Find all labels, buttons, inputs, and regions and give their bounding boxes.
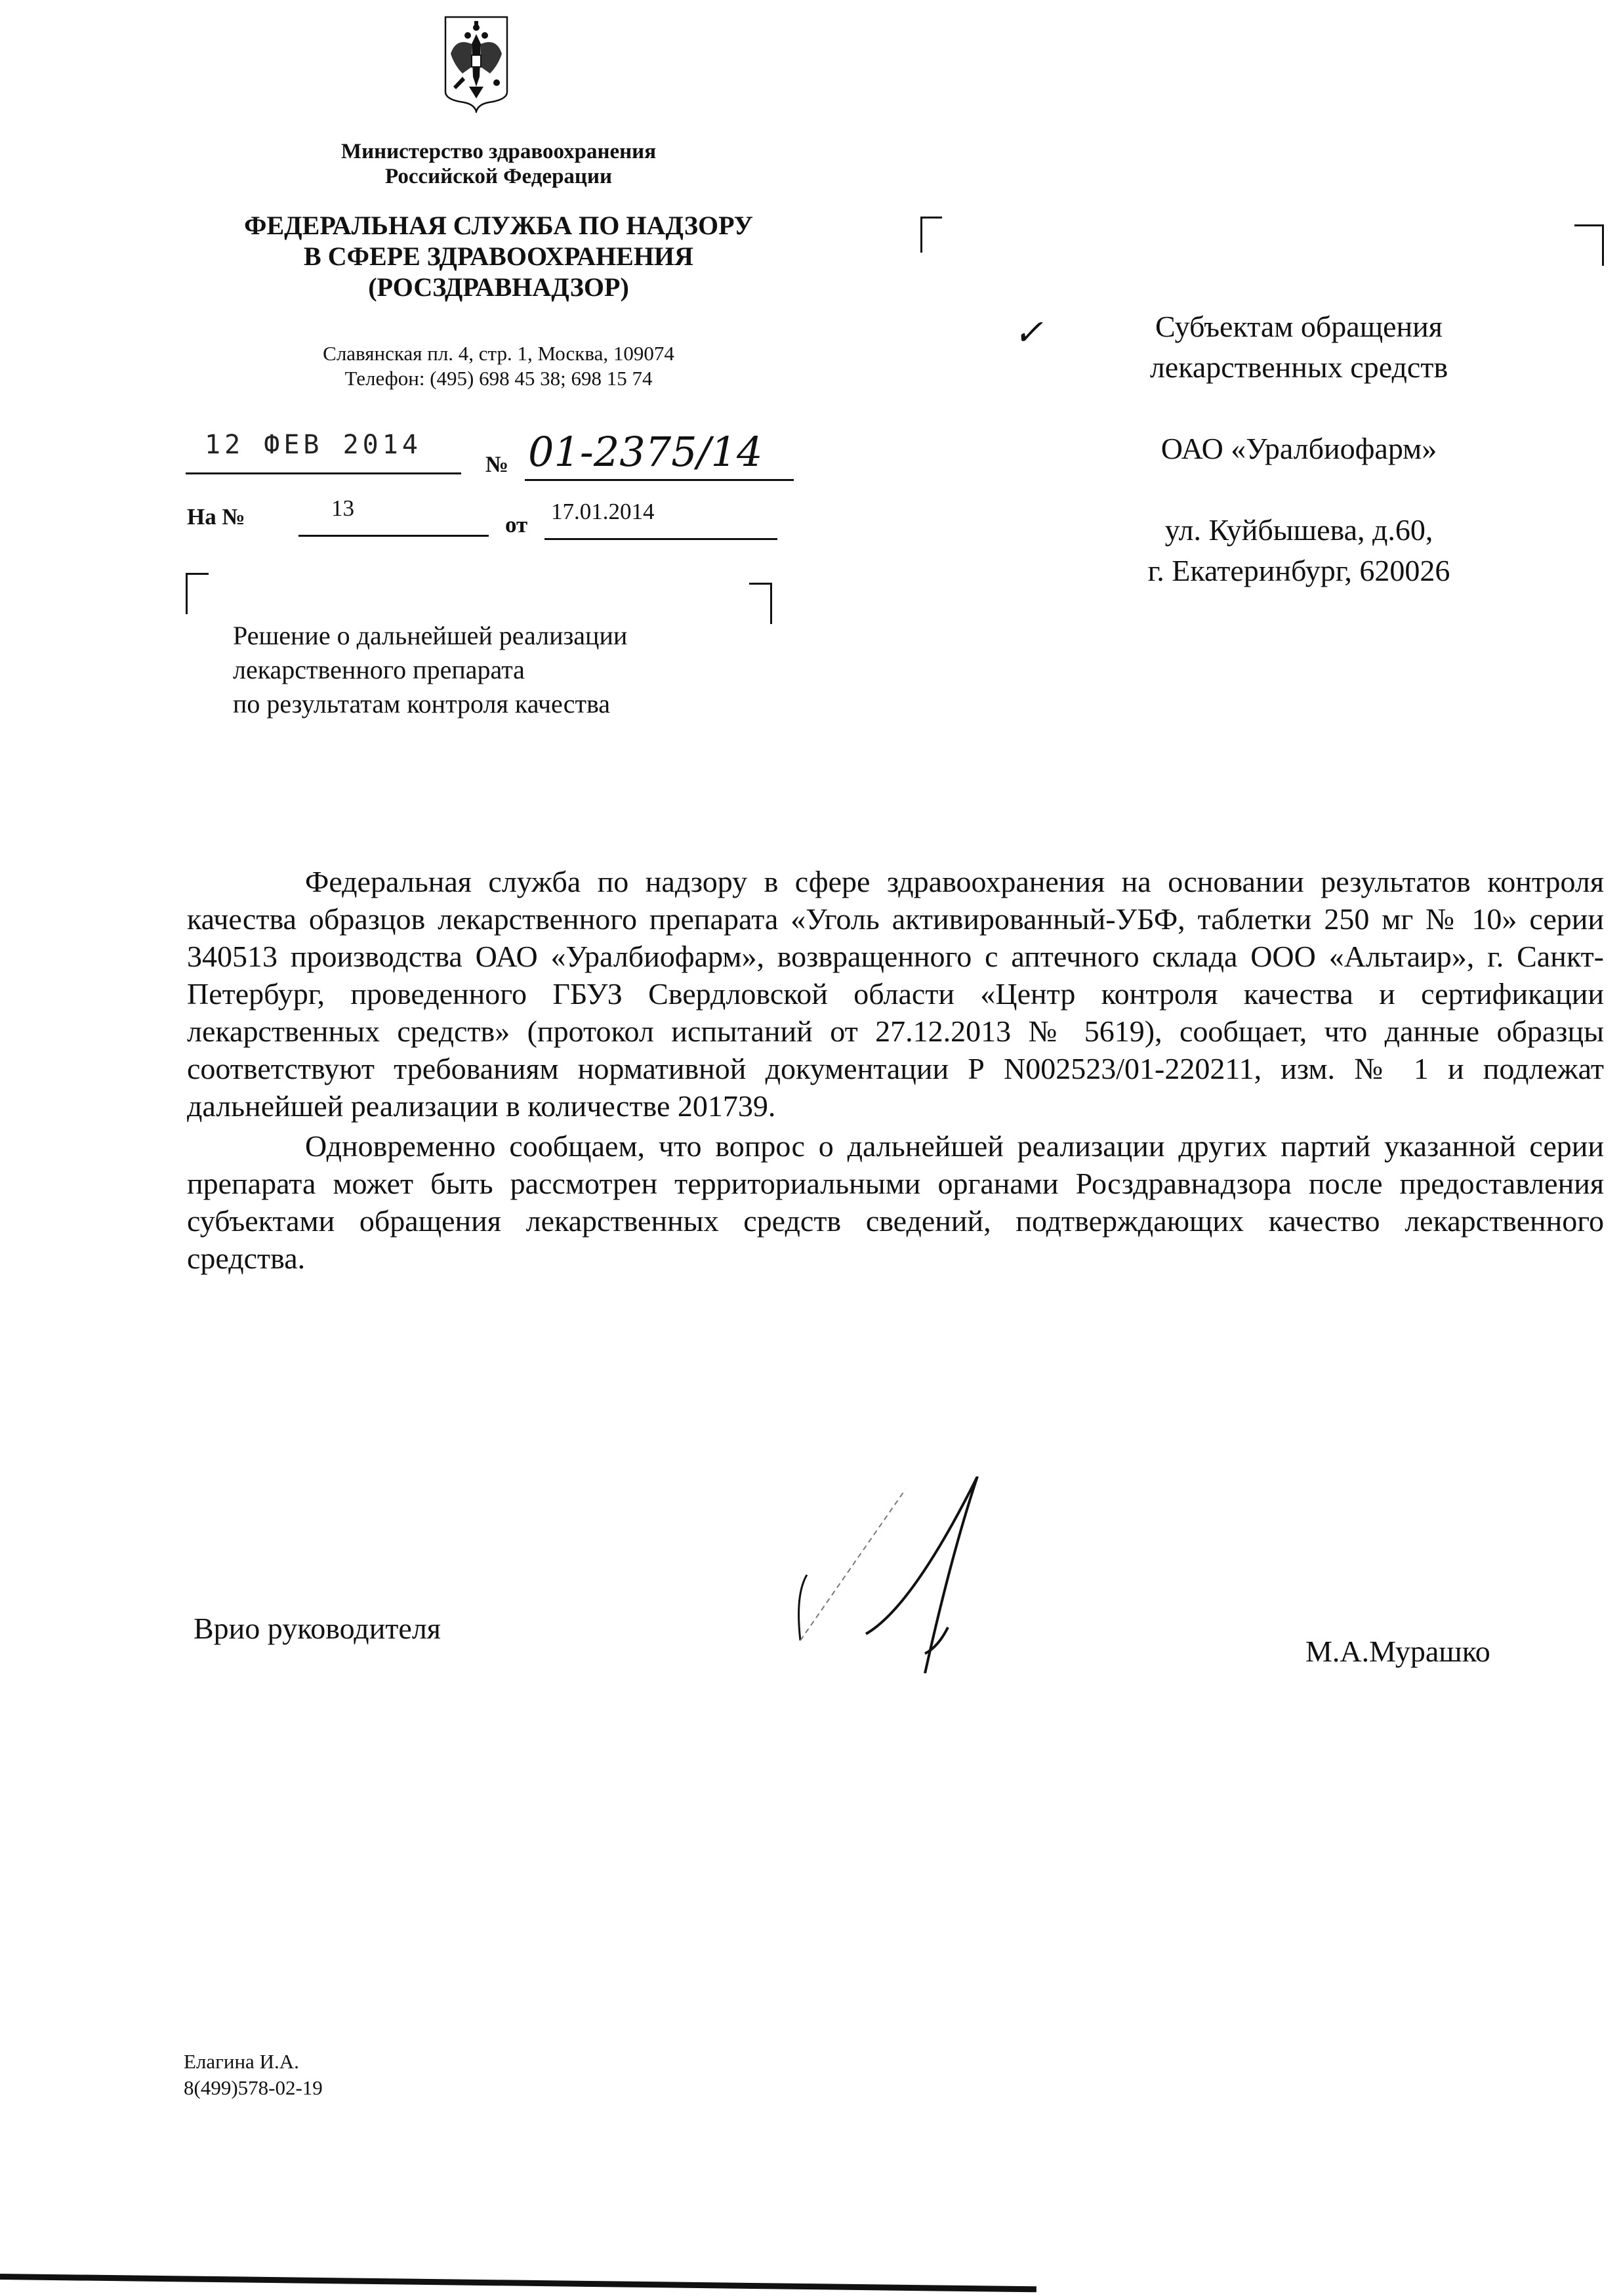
letterhead-contacts: Славянская пл. 4, стр. 1, Москва, 109074… xyxy=(223,341,774,391)
recipient-corner-left xyxy=(920,217,942,253)
service-abbreviation: (РОСЗДРАВНАДЗОР) xyxy=(184,272,813,303)
service-name: ФЕДЕРАЛЬНАЯ СЛУЖБА ПО НАДЗОРУ В СФЕРЕ ЗД… xyxy=(184,210,813,303)
service-line-2: В СФЕРЕ ЗДРАВООХРАНЕНИЯ xyxy=(184,241,813,272)
subject-line-3: по результатам контроля качества xyxy=(233,687,771,721)
from-label: от xyxy=(505,512,527,538)
subject-line-1: Решение о дальнейшей реализации xyxy=(233,619,771,653)
reply-number: 13 xyxy=(331,495,354,522)
ministry-line-2: Российской Федерации xyxy=(249,164,748,189)
date-stamp: 12 ФЕВ 2014 xyxy=(205,430,422,460)
executor-name: Елагина И.А. xyxy=(184,2049,323,2075)
body-paragraph-1: Федеральная служба по надзору в сфере зд… xyxy=(187,863,1604,1125)
recipient-block: Субъектам обращения лекарственных средст… xyxy=(1036,306,1561,591)
number-label: № xyxy=(485,451,508,478)
signatory-position: Врио руководителя xyxy=(194,1611,441,1646)
outgoing-number: 01-2375/14 xyxy=(528,428,762,476)
letterhead-address: Славянская пл. 4, стр. 1, Москва, 109074 xyxy=(223,341,774,366)
reply-number-underline xyxy=(298,535,489,537)
recipient-spacer xyxy=(1036,388,1561,428)
recipient-street: ул. Куйбышева, д.60, xyxy=(1036,510,1561,551)
service-line-1: ФЕДЕРАЛЬНАЯ СЛУЖБА ПО НАДЗОРУ xyxy=(184,210,813,241)
reply-date-underline xyxy=(544,538,777,540)
executor-block: Елагина И.А. 8(499)578-02-19 xyxy=(184,2049,323,2101)
coat-of-arms-icon xyxy=(443,14,510,113)
recipient-line-1: Субъектам обращения xyxy=(1036,306,1561,347)
subject-corner-right xyxy=(749,583,772,624)
letterhead-phone: Телефон: (495) 698 45 38; 698 15 74 xyxy=(223,366,774,391)
recipient-spacer xyxy=(1036,469,1561,510)
number-underline xyxy=(525,479,794,481)
recipient-city: г. Екатеринбург, 620026 xyxy=(1036,551,1561,591)
reply-date: 17.01.2014 xyxy=(551,499,655,525)
subject-line-2: лекарственного препарата xyxy=(233,653,771,687)
ministry-name: Министерство здравоохранения Российской … xyxy=(249,139,748,189)
ministry-line-1: Министерство здравоохранения xyxy=(249,139,748,164)
subject-corner-left xyxy=(186,573,209,614)
reply-label: На № xyxy=(187,504,245,530)
recipient-line-2: лекарственных средств xyxy=(1036,347,1561,388)
recipient-corner-right xyxy=(1574,224,1604,266)
letter-body: Федеральная служба по надзору в сфере зд… xyxy=(187,863,1604,1277)
subject-block: Решение о дальнейшей реализации лекарств… xyxy=(233,619,771,721)
executor-phone: 8(499)578-02-19 xyxy=(184,2075,323,2101)
handwritten-signature-icon xyxy=(781,1476,1148,1673)
signatory-name: М.А.Мурашко xyxy=(1305,1634,1490,1669)
body-paragraph-2: Одновременно сообщаем, что вопрос о даль… xyxy=(187,1127,1604,1277)
recipient-company: ОАО «Уралбиофарм» xyxy=(1036,428,1561,469)
date-underline xyxy=(186,472,461,474)
scan-edge-line xyxy=(0,2274,1036,2292)
